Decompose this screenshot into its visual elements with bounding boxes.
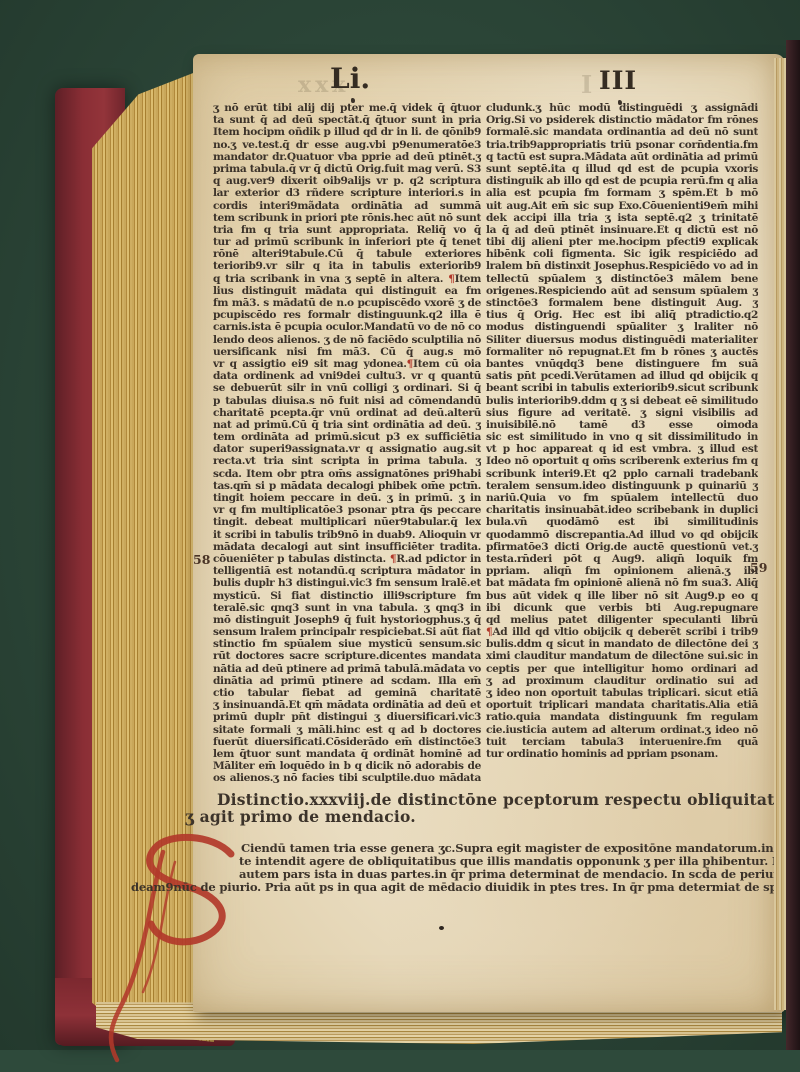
text-line: tem scribunk in priori pte rōnis.hec aūt…	[213, 212, 481, 224]
text-line: ceptis per que intelligitur homo ordinar…	[486, 663, 758, 675]
text-line: tur ad primū scribunk in inferiori pte q…	[213, 236, 481, 248]
text-line: q tria scribank in vna ʒ septē in altera…	[213, 273, 481, 285]
text-line: rūt doctores sacre scripture.dicentes ma…	[213, 650, 481, 662]
text-line: scribunk interi9.Et q2 pplo carnali trad…	[486, 468, 758, 480]
text-line: nariū.Quia vo fm spūalem intellectū duo …	[486, 492, 758, 504]
ink-spot	[439, 926, 444, 930]
text-line: primū duplr pn̄t distingui ʒ diuersifica…	[213, 711, 481, 723]
text-line: bantes vnūqdq3 bene distinguere fm suā r…	[486, 358, 758, 370]
bottom-paragraph-line: Ciendū tamen tria esse genera ʒc.Supra e…	[241, 841, 800, 855]
text-line: modus distinguendi spūaliter ʒ lraliter …	[486, 321, 758, 333]
text-line: vr q fm multiplicatōe3 psonar ptra q̄s p…	[213, 504, 481, 516]
text-line: sic est similitudo in vno q sit dissimil…	[486, 431, 758, 443]
text-line: vt p hoc appareat q id est vmbra. ʒ illu…	[486, 443, 758, 455]
text-line: it scribi in tabulis trib9nō in duab9. A…	[213, 529, 481, 541]
text-line: oportuit triplicari mandata charitatis.A…	[486, 699, 758, 711]
text-column-right: cludunk.ʒ hūc modū distinguēdi ʒ assignā…	[486, 102, 758, 760]
text-line: formalē.sic mandata ordinantia ad deū nō…	[486, 126, 758, 138]
text-line: vr q assigtio ei9 sit mag ydonea.¶Item c…	[213, 358, 481, 370]
text-line: ʒ insinuandā.Et qm̄ mādata ordinātia ad …	[213, 699, 481, 711]
bottom-paragraph-line: autem pars ista in duas partes.in q̄r pr…	[239, 867, 800, 881]
text-line: prima tabula.q̄ vr q̄ dictū Orig.fuit ma…	[213, 163, 481, 175]
text-line: ʒ ad proximum clauditur ordinatio sui ad…	[486, 675, 758, 687]
text-line: bula.vn̄ quodāmō est ibi similitudinis c…	[486, 516, 758, 528]
text-line: fuerūt diuersificati.Cōsiderādo em̄ dist…	[213, 736, 481, 748]
text-line: formaliter nō repugnat.Et fm b rōnes ʒ a…	[486, 346, 758, 358]
text-line: lem q̄tuor sunt mandata q̄ ordināt homin…	[213, 748, 481, 760]
text-line: uit aug.Ait em̄ sic sup Exo.Cōuenienti9e…	[486, 200, 758, 212]
text-line: Māliter em̄ loquēdo in b q dicik nō ador…	[213, 760, 481, 772]
margin-number-left: 58	[193, 552, 210, 567]
text-line: ʒ nō erūt tibi alij dij pter me.q̄ videk…	[213, 102, 481, 114]
text-line: ¶Ad illd qd vltio obijcik q deberēt scri…	[486, 626, 758, 638]
text-line: tria fm q tria sunt appropriata. Reliq̄ …	[213, 224, 481, 236]
rubricated-initial-flourish	[103, 832, 253, 1050]
text-line: tibi dij alieni pter me.hocipm pfecti9 e…	[486, 236, 758, 248]
text-line: la q̄ ad deū ptinēt insinuare.Et q dictū…	[486, 224, 758, 236]
text-line: teriorib9.vr silr q ita in tabulis exter…	[213, 260, 481, 272]
show-through-text-right: I	[581, 70, 596, 99]
text-line: origenes.Respiciendo aūt ad sensum spūal…	[486, 285, 758, 297]
text-line: distinguik ab illo qd est de pcupia rerū…	[486, 175, 758, 187]
text-line: mō distinguit Joseph9 q̄ fuit hystoriogp…	[213, 614, 481, 626]
text-line: se debuerūt silr in vnū colligi ʒ ordina…	[213, 382, 481, 394]
folio-header-right: III	[599, 66, 637, 95]
text-line: charitatē pcepta.q̄r vnū ordinat ad deū.…	[213, 407, 481, 419]
text-line: qd melius patet diligenter speculanti li…	[486, 614, 758, 626]
text-line: no.ʒ ve.test.q̄ dr esse aug.vbi p9enumer…	[213, 139, 481, 151]
bottom-paragraph-line: deam9nūc de piurio. Pria aūt ps in qua a…	[131, 880, 785, 894]
text-line: pcupiscēdo res formalr distinguunk.q2 il…	[213, 309, 481, 321]
text-line: mādata decalogi aut sint insufficiēter t…	[213, 541, 481, 553]
text-line: cludunk.ʒ hūc modū distinguēdi ʒ assignā…	[486, 102, 758, 114]
text-line: lralem bn̄ distinxit Josephus.Respiciēdo…	[486, 260, 758, 272]
page-edges-right	[774, 58, 786, 1010]
text-line: cordis interi9mãdata ordinātia ad summā …	[213, 200, 481, 212]
text-line: inuisibilē.nō tamē d3 esse oimoda simili…	[486, 419, 758, 431]
text-line: dek accipi illa tria ʒ ista septē.q2 ʒ t…	[486, 212, 758, 224]
book-page: xxx Li. I III 58 59 ʒ nō erūt tibi alij …	[193, 54, 785, 1012]
text-column-left: ʒ nō erūt tibi alij dij pter me.q̄ videk…	[213, 102, 481, 785]
text-line: ximi clauditur mandatum de dilectōne sui…	[486, 650, 758, 662]
text-line: bulis interiorib9.dd̄m q ʒ si debeat eē …	[486, 395, 758, 407]
text-line: lius distinguit mādata qui distinguit ea…	[213, 285, 481, 297]
text-line: mysticū. Si fiat distinctio illi9scriptu…	[213, 590, 481, 602]
text-line: hibēnk coli figmenta. Sic igik respiciēd…	[486, 248, 758, 260]
text-line: scd̄a. Item obr ptra om̄s assignatōnes p…	[213, 468, 481, 480]
text-line: teralē.sic qnq3 sunt in vna tabula. ʒ qn…	[213, 602, 481, 614]
distinctio-heading-line2: ʒ agit primo de mendacio.	[185, 807, 416, 826]
text-line: quodammō discrepantia.Ad illud vo qd obi…	[486, 529, 758, 541]
text-line: cōueniēter p tabulas distincta. ¶R.ad pd…	[213, 553, 481, 565]
text-line: tius q̄ Orig. Hec est ibi aliq̄ ptradict…	[486, 309, 758, 321]
text-line: alia est pcupia fm formam ʒ spēm.Et b mō…	[486, 187, 758, 199]
text-line: mandator dr.Quatuor vba pprie ad deū pti…	[213, 151, 481, 163]
text-line: tingit hoiem peccare in deū. ʒ in primū.…	[213, 492, 481, 504]
bottom-paragraph-line: te intendit agere de obliquitatibus que …	[239, 854, 800, 868]
text-line: Siliter diuersus modus distinguēdi mater…	[486, 334, 758, 346]
text-line: telligentiā est notandū.q scriptura māda…	[213, 565, 481, 577]
text-line: ibi dicunk que verbis bti Aug.repugnare …	[486, 602, 758, 614]
text-line: p tabulas diuisa.s nō fuit nisi ad cōmen…	[213, 395, 481, 407]
text-line: q tactū est supra.Mādata aūt ordinātia a…	[486, 151, 758, 163]
text-line: testa.rn̄deri pōt q Aug9. aliqn̄ loquik …	[486, 553, 758, 565]
text-line: os alienos.ʒ nō facies tibi sculptile.du…	[213, 772, 481, 784]
text-line: fm mā3. s mādatū de n.o pcupiscēdo vxorē…	[213, 297, 481, 309]
text-line: tria.trib9appropriatis triū psonar corn̄…	[486, 139, 758, 151]
text-line: uersificank nisi fm mā3. Cū q̄ aug.s mō …	[213, 346, 481, 358]
text-line: ctio tabular fiebat ad geminā charitatē …	[213, 687, 481, 699]
text-line: stinctio fm spūalem siue mysticū sensum.…	[213, 638, 481, 650]
text-line: data ordinenk ad vni9dei cultu3. vr q qu…	[213, 370, 481, 382]
text-line: q aug.ver9 dixerit oib9alijs vr p. q2 sc…	[213, 175, 481, 187]
text-line: satis pn̄t pcedi.Verūtamen ad illud qd o…	[486, 370, 758, 382]
text-line: tellectū spūalem ʒ distinctōe3 mālem ben…	[486, 273, 758, 285]
text-line: stinctōe3 formalem bene distinguit Aug. …	[486, 297, 758, 309]
text-line: nātia ad deū ptinere ad primā tabulā.mād…	[213, 663, 481, 675]
text-line: ratio.quia mandata distinguunk fm regula…	[486, 711, 758, 723]
book-edge-right-dark	[786, 40, 800, 1050]
text-line: bus aūt videk q ille liber nō sit Aug9.p…	[486, 590, 758, 602]
text-line: tas.qm̄ si p mādata decalogi phibek om̄e…	[213, 480, 481, 492]
text-line: dinātia ad primū ptinere ad scdam. Illa …	[213, 675, 481, 687]
text-line: cie.iusticia autem ad alterum ordinat.ʒ …	[486, 724, 758, 736]
text-line: bulis duplr h3 distingui.vic3 fm sensum …	[213, 577, 481, 589]
text-line: ʒ ideo non oportuit tabulas triplicari. …	[486, 687, 758, 699]
text-line: tuit terciam tabula3 interuenire.fm quā …	[486, 736, 758, 748]
text-line: bulis.dd̄m q sicut in mandato de dilectō…	[486, 638, 758, 650]
text-line: rōnē alteri9tabule.Cū q̄ tabule exterior…	[213, 248, 481, 260]
text-line: beant scribi in tabulis exteriorib9.sicu…	[486, 382, 758, 394]
text-line: dator superi9assignata.vr q assignatio a…	[213, 443, 481, 455]
text-line: Item hocipm oñdik p illud qd dr in li. d…	[213, 126, 481, 138]
text-line: sunt septē.ita q illud qd est de pcupia …	[486, 163, 758, 175]
text-line: tem ordināta ad primū.sicut p3 ex suffic…	[213, 431, 481, 443]
text-line: bat mādata fm opinionē alienā nō fm sua3…	[486, 577, 758, 589]
text-line: ta sunt q̄ ad deū spectāt.q̄ q̄tuor sunt…	[213, 114, 481, 126]
text-line: tur ordinatio hominis ad ppriam psonam.	[486, 748, 758, 760]
text-line: sitate formali ʒ māli.hinc est q ad b do…	[213, 724, 481, 736]
text-line: sensum lralem principalr respiciebat.Si …	[213, 626, 481, 638]
text-line: Orig.Si vo psiderek distinctio mādator f…	[486, 114, 758, 126]
text-line: nat ad primū.Cū q̄ tria sint ordinātia a…	[213, 419, 481, 431]
text-line: tingit. debeat multiplicari nūer9tabular…	[213, 516, 481, 528]
text-line: pfirmatōe3 dicti Orig.de auctē questionū…	[486, 541, 758, 553]
text-line: ppriam. aliqn̄ fm opinionem alienā.ʒ ibi…	[486, 565, 758, 577]
text-line: carnis.ista ē pcupia oculor.Mandatū vo d…	[213, 321, 481, 333]
text-line: lar exterior d3 rñdere scripture interio…	[213, 187, 481, 199]
text-line: recta.vt tria sint scripta in prima tabu…	[213, 455, 481, 467]
text-line: charitatis insinuabāt.ideo scribebank in…	[486, 504, 758, 516]
folio-header-left: Li.	[330, 62, 370, 95]
text-line: sius figure ad veritatē. ʒ signi visibil…	[486, 407, 758, 419]
text-line: Ideo nō oportuit q om̄s scriberenk exter…	[486, 455, 758, 467]
text-line: lendo deos alienos. ʒ de nō faciēdo scul…	[213, 334, 481, 346]
text-line: teralem sensum.ideo distinguunk p quinar…	[486, 480, 758, 492]
